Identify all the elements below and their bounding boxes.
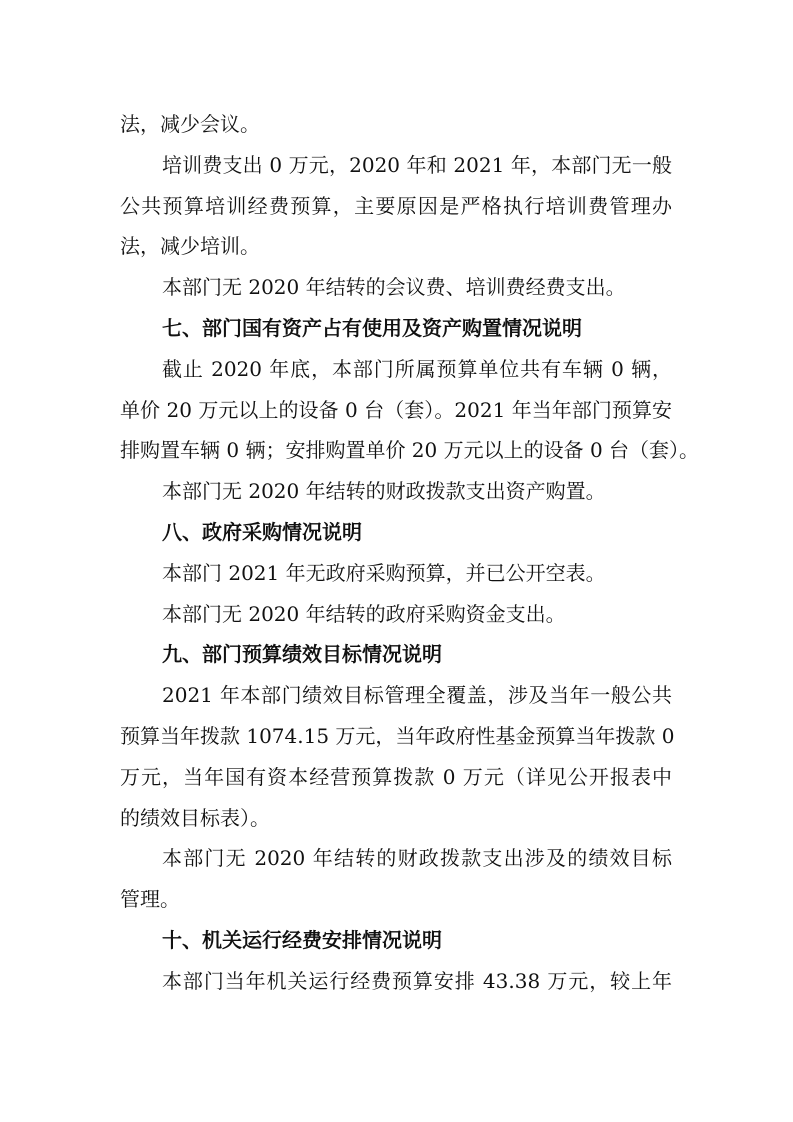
paragraph-line: 本部门无 2020 年结转的会议费、培训费经费支出。 [120,267,672,308]
paragraph-line: 截止 2020 年底，本部门所属预算单位共有车辆 0 辆， [120,349,672,390]
paragraph-line: 培训费支出 0 万元，2020 年和 2021 年，本部门无一般 [120,145,672,186]
paragraph-line: 法，减少会议。 [120,104,672,145]
paragraph-line: 管理。 [120,879,672,920]
paragraph-line: 法，减少培训。 [120,226,672,267]
section-heading-assets: 七、部门国有资产占有使用及资产购置情况说明 [120,308,672,349]
paragraph-line: 2021 年本部门绩效目标管理全覆盖，涉及当年一般公共 [120,675,672,716]
paragraph-line: 本部门当年机关运行经费预算安排 43.38 万元，较上年 [120,961,672,1002]
paragraph-line: 预算当年拨款 1074.15 万元，当年政府性基金预算当年拨款 0 [120,716,672,757]
paragraph-line: 单价 20 万元以上的设备 0 台（套）。2021 年当年部门预算安 [120,390,672,431]
paragraph-line: 公共预算培训经费预算，主要原因是严格执行培训费管理办 [120,186,672,227]
section-heading-procurement: 八、政府采购情况说明 [120,512,672,553]
paragraph-line: 本部门 2021 年无政府采购预算，并已公开空表。 [120,553,672,594]
document-page: 法，减少会议。 培训费支出 0 万元，2020 年和 2021 年，本部门无一般… [120,104,672,1002]
paragraph-line: 本部门无 2020 年结转的政府采购资金支出。 [120,594,672,635]
paragraph-line: 万元，当年国有资本经营预算拨款 0 万元（详见公开报表中 [120,757,672,798]
paragraph-line: 的绩效目标表）。 [120,798,672,839]
section-heading-performance: 九、部门预算绩效目标情况说明 [120,634,672,675]
section-heading-operating-costs: 十、机关运行经费安排情况说明 [120,920,672,961]
paragraph-line: 本部门无 2020 年结转的财政拨款支出涉及的绩效目标 [120,838,672,879]
paragraph-line: 排购置车辆 0 辆；安排购置单价 20 万元以上的设备 0 台（套）。 [120,430,672,471]
paragraph-line: 本部门无 2020 年结转的财政拨款支出资产购置。 [120,471,672,512]
